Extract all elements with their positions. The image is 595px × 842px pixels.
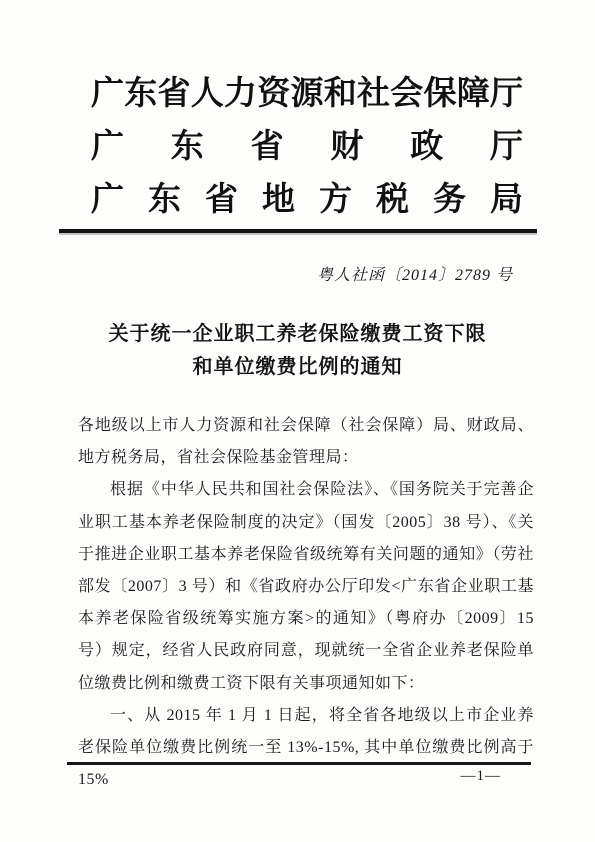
letterhead-divider <box>59 229 537 233</box>
document-page: 广东省人力资源和社会保障厅 广东省财政厅 广东省地方税务局 粤人社函〔2014〕… <box>0 0 595 842</box>
document-title: 关于统一企业职工养老保险缴费工资下限 和单位缴费比例的通知 <box>0 318 595 384</box>
page-number: —1— <box>461 768 502 785</box>
document-body: 各地级以上市人力资源和社会保障（社会保障）局、财政局、地方税务局，省社会保险基金… <box>78 410 534 796</box>
letterhead: 广东省人力资源和社会保障厅 广东省财政厅 广东省地方税务局 <box>91 66 523 225</box>
issuer-line-2: 广东省财政厅 <box>91 119 523 172</box>
document-number: 粤人社函〔2014〕2789 号 <box>317 262 513 285</box>
recipients-line: 各地级以上市人力资源和社会保障（社会保障）局、财政局、地方税务局，省社会保险基金… <box>78 410 534 474</box>
footer-divider <box>67 762 531 765</box>
issuer-line-1: 广东省人力资源和社会保障厅 <box>91 66 523 119</box>
document-title-line-1: 关于统一企业职工养老保险缴费工资下限 <box>0 318 595 351</box>
document-title-line-2: 和单位缴费比例的通知 <box>0 351 595 384</box>
body-paragraph-basis: 根据《中华人民共和国社会保险法》、《国务院关于完善企业职工基本养老保险制度的决定… <box>78 474 534 699</box>
issuer-line-3: 广东省地方税务局 <box>91 172 523 225</box>
